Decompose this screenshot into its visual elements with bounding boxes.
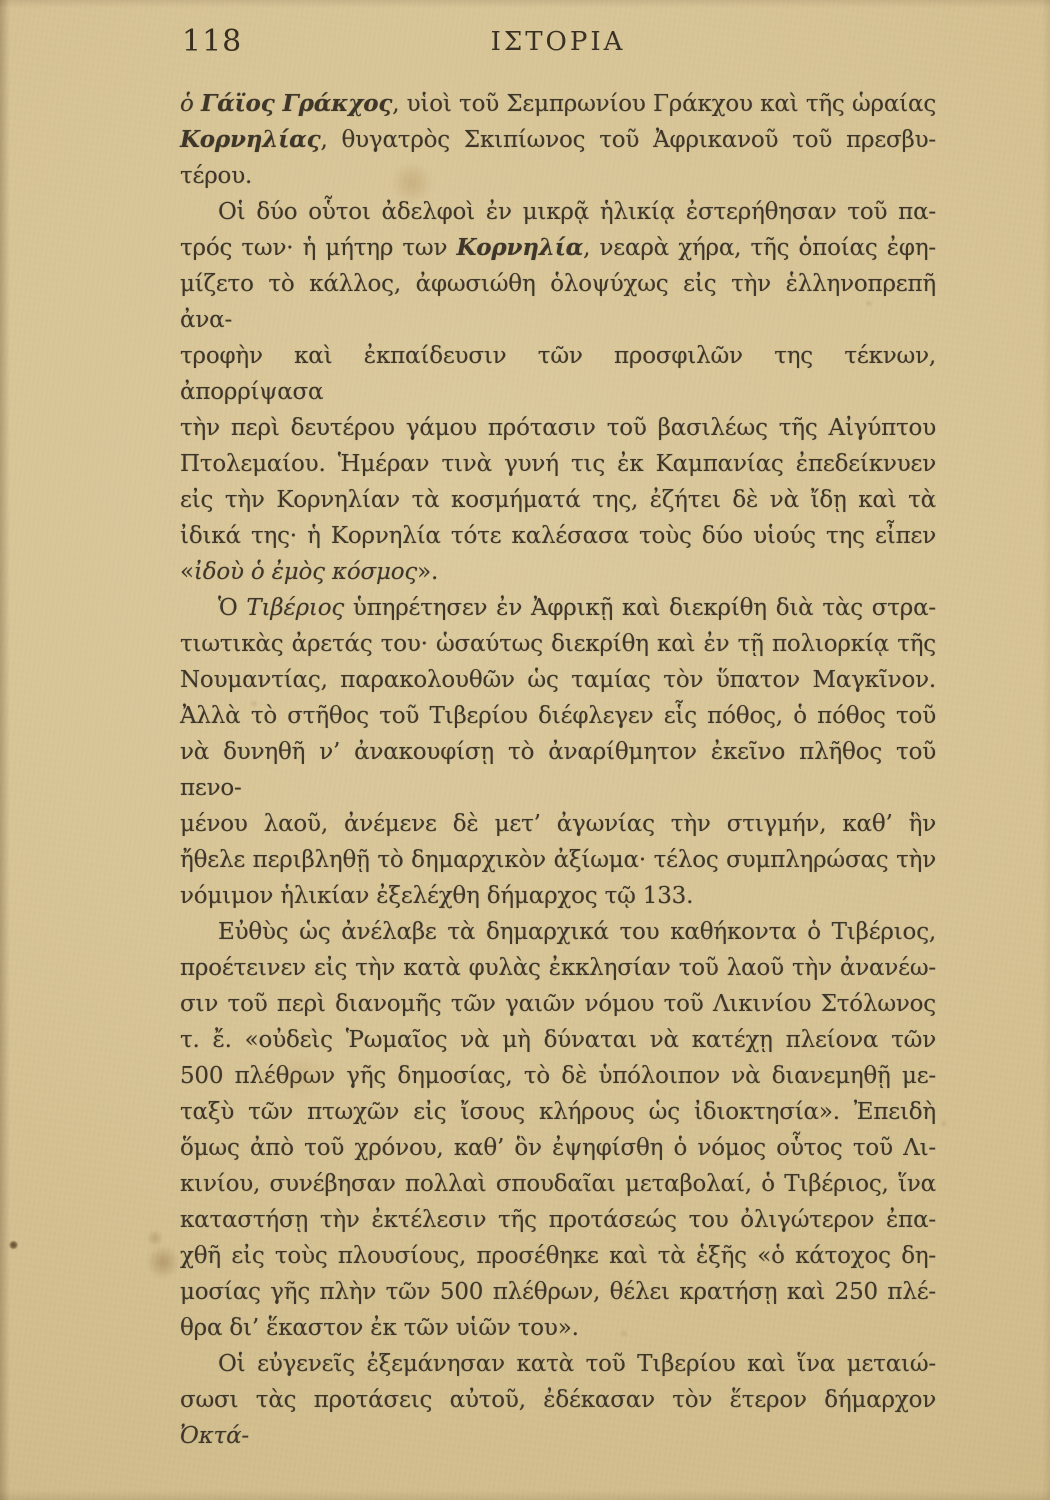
text-line: σιν τοῦ περὶ διανομῆς τῶν γαιῶν νόμου το… — [180, 986, 936, 1022]
page-header: 118 ΙΣΤΟΡΙΑ — [180, 24, 936, 60]
page-top-edge-shadow — [0, 0, 1050, 8]
page-right-edge-shadow — [1042, 0, 1050, 1500]
text-line: Εὐθὺς ὡς ἀνέλαβε τὰ δημαρχικά του καθήκο… — [180, 914, 936, 950]
text-line: θρα δι’ ἕκαστον ἐκ τῶν υἱῶν του». — [180, 1310, 936, 1346]
text-line: Κορνηλίας, θυγατρὸς Σκιπίωνος τοῦ Ἀφρικα… — [180, 122, 936, 158]
text-line: ἤθελε περιβληθῇ τὸ δημαρχικὸν ἀξίωμα· τέ… — [180, 842, 936, 878]
text-line: τιωτικὰς ἀρετάς του· ὡσαύτως διεκρίθη κα… — [180, 626, 936, 662]
text-line: ἰδικά της· ἡ Κορνηλία τότε καλέσασα τοὺς… — [180, 518, 936, 554]
text-line: τρός των· ἡ μήτηρ των Κορνηλία, νεαρὰ χή… — [180, 230, 936, 266]
page-bottom-edge-shadow — [0, 1490, 1050, 1500]
text-line: ὁ Γάϊος Γράκχος, υἱοὶ τοῦ Σεμπρωνίου Γρά… — [180, 86, 936, 122]
text-line: μίζετο τὸ κάλλος, ἀφωσιώθη ὁλοψύχως εἰς … — [180, 266, 936, 338]
text-line: Νουμαντίας, παρακολουθῶν ὡς ταμίας τὸν ὕ… — [180, 662, 936, 698]
page-left-edge-shadow — [0, 0, 10, 1500]
text-line: Ὁ Τιβέριος ὑπηρέτησεν ἐν Ἀφρικῇ καὶ διεκ… — [180, 590, 936, 626]
page-text: ὁ Γάϊος Γράκχος, υἱοὶ τοῦ Σεμπρωνίου Γρά… — [180, 86, 936, 1454]
paper-freckle — [940, 1120, 948, 1127]
text-line: Ἀλλὰ τὸ στῆθος τοῦ Τιβερίου διέφλεγεν εἷ… — [180, 698, 936, 734]
text-line: Πτολεμαίου. Ἡμέραν τινὰ γυνή τις ἐκ Καμπ… — [180, 446, 936, 482]
text-line: τροφὴν καὶ ἐκπαίδευσιν τῶν προσφιλῶν της… — [180, 338, 936, 410]
text-line: Οἱ δύο οὗτοι ἀδελφοὶ ἐν μικρᾷ ἡλικίᾳ ἐστ… — [180, 194, 936, 230]
text-line: 500 πλέθρων γῆς δημοσίας, τὸ δὲ ὑπόλοιπο… — [180, 1058, 936, 1094]
text-line: προέτεινεν εἰς τὴν κατὰ φυλὰς ἐκκλησίαν … — [180, 950, 936, 986]
paper-stain — [145, 1246, 181, 1278]
text-line: τὴν περὶ δευτέρου γάμου πρότασιν τοῦ βασ… — [180, 410, 936, 446]
text-line: ταξὺ τῶν πτωχῶν εἰς ἴσους κλήρους ὡς ἰδι… — [180, 1094, 936, 1130]
running-title: ΙΣΤΟΡΙΑ — [180, 27, 936, 57]
text-line: νόμιμον ἡλικίαν ἐξελέχθη δήμαρχος τῷ 133… — [180, 878, 936, 914]
text-line: καταστήσῃ τὴν ἐκτέλεσιν τῆς προτάσεώς το… — [180, 1202, 936, 1238]
paper-stain — [146, 1230, 164, 1246]
text-line: μένου λαοῦ, ἀνέμενε δὲ μετ’ ἀγωνίας τὴν … — [180, 806, 936, 842]
text-line: Οἱ εὐγενεῖς ἐξεμάνησαν κατὰ τοῦ Τιβερίου… — [180, 1346, 936, 1382]
book-page: 118 ΙΣΤΟΡΙΑ ὁ Γάϊος Γράκχος, υἱοὶ τοῦ Σε… — [0, 0, 1050, 1500]
text-line: σωσι τὰς προτάσεις αὐτοῦ, ἐδέκασαν τὸν ἕ… — [180, 1382, 936, 1454]
text-line: κινίου, συνέβησαν πολλαὶ σπουδαῖαι μεταβ… — [180, 1166, 936, 1202]
text-line: χθῆ εἰς τοὺς πλουσίους, προσέθηκε καὶ τὰ… — [180, 1238, 936, 1274]
text-line: μοσίας γῆς πλὴν τῶν 500 πλέθρων, θέλει κ… — [180, 1274, 936, 1310]
text-line: «ἰδοὺ ὁ ἐμὸς κόσμος». — [180, 554, 936, 590]
text-line: ὅμως ἀπὸ τοῦ χρόνου, καθ’ ὃν ἐψηφίσθη ὁ … — [180, 1130, 936, 1166]
text-line: εἰς τὴν Κορνηλίαν τὰ κοσμήματά της, ἐζήτ… — [180, 482, 936, 518]
text-line: τέρου. — [180, 158, 936, 194]
text-line: τ. ἔ. «οὐδεὶς Ῥωμαῖος νὰ μὴ δύναται νὰ κ… — [180, 1022, 936, 1058]
text-line: νὰ δυνηθῆ ν’ ἀνακουφίσῃ τὸ ἀναρίθμητον ἐ… — [180, 734, 936, 806]
ink-dot — [9, 1241, 18, 1249]
